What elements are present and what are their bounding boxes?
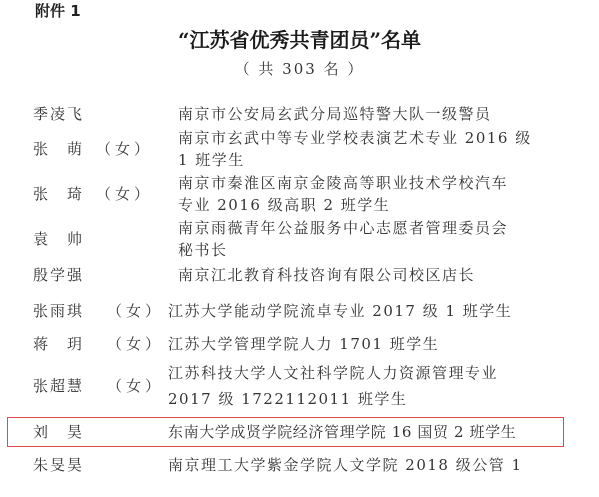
person-name: 张雨琪 xyxy=(33,300,84,321)
person-desc: 江苏大学能动学院流卓专业 2017 级 1 班学生 xyxy=(168,300,512,323)
person-desc-line2: 2017 级 1722112011 班学生 xyxy=(168,388,407,411)
person-name: 朱旻昊 xyxy=(33,454,84,475)
person-desc-line1: 南京雨薇青年公益服务中心志愿者管理委员会 xyxy=(178,217,508,240)
person-name: 刘 昊 xyxy=(33,421,84,442)
person-desc-line2: 专业 2016 级高职 2 班学生 xyxy=(178,194,390,217)
person-gender: （女） xyxy=(107,300,164,321)
person-gender: （女） xyxy=(107,375,164,396)
person-gender: （女） xyxy=(96,138,153,159)
person-desc: 南京市公安局玄武分局巡特警大队一级警员 xyxy=(178,103,492,126)
person-desc: 东南大学成贤学院经济管理学院 16 国贸 2 班学生 xyxy=(168,421,516,444)
attachment-label: 附件 1 xyxy=(35,0,81,21)
person-name: 张超慧 xyxy=(33,375,84,396)
person-name: 季凌飞 xyxy=(33,103,84,124)
person-desc-line1: 南京市玄武中等专业学校表演艺术专业 2016 级 xyxy=(178,127,532,150)
person-name: 袁 帅 xyxy=(33,228,84,249)
person-desc-line2: 秘书长 xyxy=(178,239,228,262)
person-desc-line2: 1 班学生 xyxy=(178,149,245,172)
page-subtitle: （ 共 303 名 ） xyxy=(0,58,599,79)
person-name: 张 琦 xyxy=(33,183,84,204)
person-desc-line1: 南京市秦淮区南京金陵高等职业技术学校汽车 xyxy=(178,172,508,195)
person-name: 蒋 玥 xyxy=(33,333,84,354)
person-desc: 南京江北教育科技咨询有限公司校区店长 xyxy=(178,264,475,287)
person-name: 殷学强 xyxy=(33,264,84,285)
page-title: “江苏省优秀共青团员”名单 xyxy=(0,24,599,53)
person-gender: （女） xyxy=(107,333,164,354)
person-name: 张 萌 xyxy=(33,138,84,159)
person-gender: （女） xyxy=(96,183,153,204)
person-desc-line1: 江苏科技大学人文社科学院人力资源管理专业 xyxy=(168,362,498,385)
person-desc: 江苏大学管理学院人力 1701 班学生 xyxy=(168,333,439,356)
person-desc: 南京理工大学紫金学院人文学院 2018 级公管 1 xyxy=(168,454,523,477)
